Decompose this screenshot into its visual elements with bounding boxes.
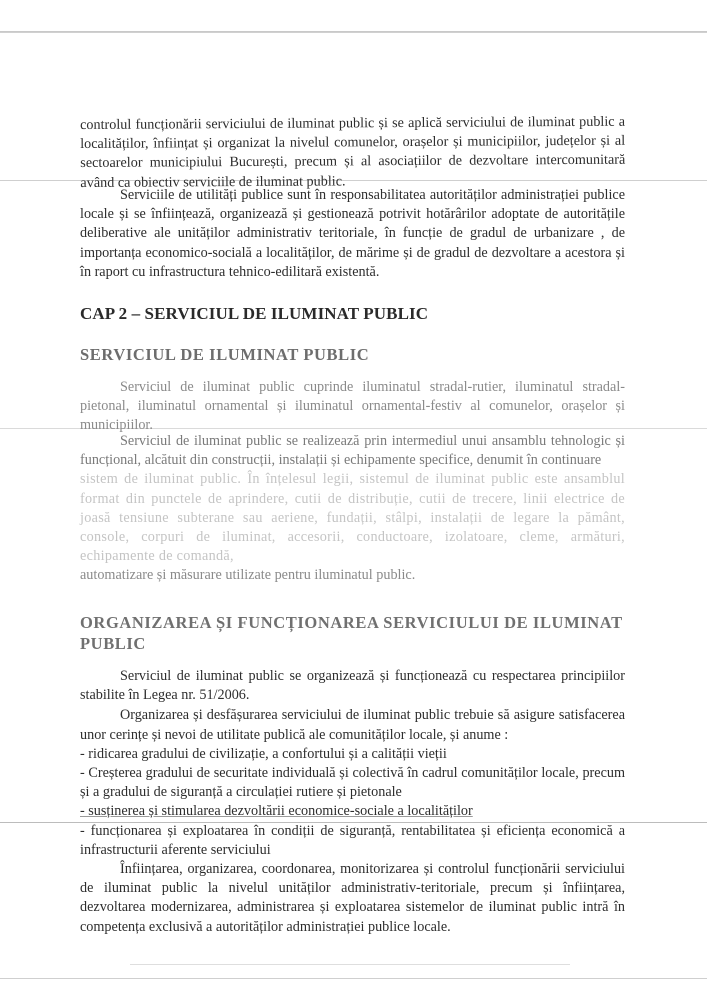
section-1-para-2: Serviciul de iluminat public se realizea… <box>80 432 625 586</box>
section-1-heading-block: SERVICIUL DE ILUMINAT PUBLIC <box>80 345 625 365</box>
system-definition-faded: sistem de iluminat public. În înțelesul … <box>80 470 625 566</box>
requirement-item: - ridicarea gradului de civilizație, a c… <box>80 745 625 764</box>
scan-artifact-line-bottom <box>0 978 707 979</box>
competence-paragraph: Înființarea, organizarea, coordonarea, m… <box>80 860 625 937</box>
chapter-heading-block: CAP 2 – SERVICIUL DE ILUMINAT PUBLIC <box>80 304 625 324</box>
intro-paragraph: controlul funcționării serviciului de il… <box>80 113 625 193</box>
section-2-heading-block: ORGANIZAREA ȘI FUNCȚIONAREA SERVICIULUI … <box>80 612 625 654</box>
intro-block: controlul funcționării serviciului de il… <box>80 116 625 193</box>
system-definition-tail: automatizare și măsurare utilizate pentr… <box>80 566 625 585</box>
system-definition-lead: Serviciul de iluminat public se realizea… <box>80 432 625 470</box>
requirement-item: - funcționarea și exploatarea în condiți… <box>80 822 625 860</box>
section-title-organizarea: ORGANIZAREA ȘI FUNCȚIONAREA SERVICIULUI … <box>80 612 625 654</box>
section-title-serviciul: SERVICIUL DE ILUMINAT PUBLIC <box>80 345 625 365</box>
requirement-item: - Creșterea gradului de securitate indiv… <box>80 764 625 802</box>
organization-principles-paragraph: Serviciul de iluminat public se organize… <box>80 667 625 705</box>
scan-artifact-line-top <box>0 31 707 33</box>
chapter-title: CAP 2 – SERVICIUL DE ILUMINAT PUBLIC <box>80 304 625 324</box>
scan-artifact-line-short <box>130 964 570 965</box>
section-1-para-1: Serviciul de iluminat public cuprinde il… <box>80 378 625 436</box>
section-2-body: Serviciul de iluminat public se organize… <box>80 667 625 937</box>
requirements-paragraph: Organizarea și desfășurarea serviciului … <box>80 706 625 744</box>
lighting-types-paragraph: Serviciul de iluminat public cuprinde il… <box>80 378 625 436</box>
intro-block-2: Serviciile de utilități publice sunt în … <box>80 186 625 282</box>
utilities-paragraph: Serviciile de utilități publice sunt în … <box>80 186 625 282</box>
requirement-item: - susținerea și stimularea dezvoltării e… <box>80 802 625 821</box>
